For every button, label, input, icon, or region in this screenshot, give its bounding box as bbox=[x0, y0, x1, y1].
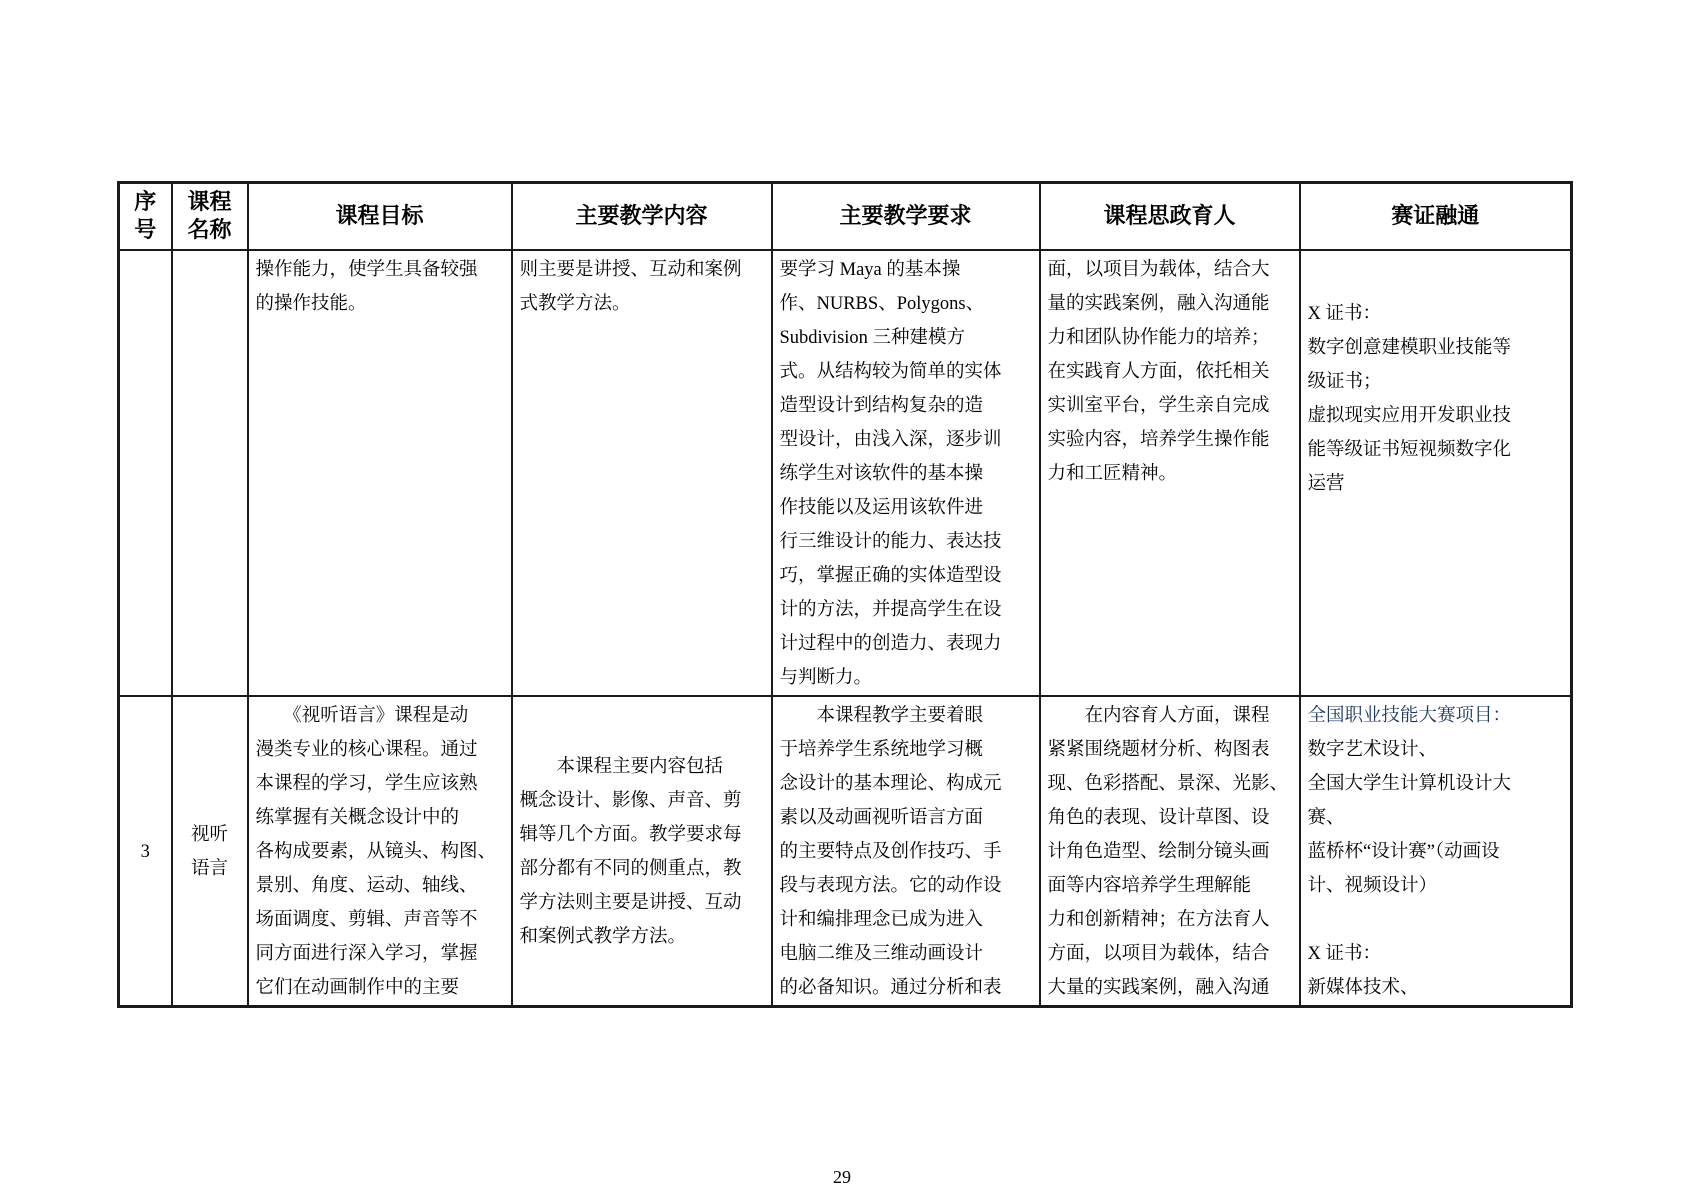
row2-course-name-text: 视听 语言 bbox=[180, 818, 240, 886]
row1-objective-text: 操作能力，使学生具备较强 的操作技能。 bbox=[256, 253, 504, 321]
row1-requirement-text: 要学习 Maya 的基本操 作、NURBS、Polygons、 Subdivis… bbox=[780, 253, 1032, 695]
table-header-row: 序 号 课程 名称 课程目标 主要教学内容 主要教学要求 课程思政育人 赛证融通 bbox=[119, 183, 1572, 250]
header-teaching-content: 主要教学内容 bbox=[512, 183, 772, 250]
cell-row2-course-name: 视听 语言 bbox=[172, 696, 248, 1007]
cell-row2-ideology: 在内容育人方面，课程 紧紧围绕题材分析、构图表 现、色彩搭配、景深、光影、 角色… bbox=[1040, 696, 1300, 1007]
row1-cert-text: X 证书： 数字创意建模职业技能等 级证书； 虚拟现实应用开发职业技 能等级证书… bbox=[1308, 297, 1564, 501]
skill-competition-link[interactable]: 全国职业技能大赛项目： bbox=[1308, 699, 1564, 733]
header-teaching-requirement: 主要教学要求 bbox=[772, 183, 1040, 250]
cell-row2-objective: 《视听语言》课程是动 漫类专业的核心课程。通过 本课程的学习，学生应该熟 练掌握… bbox=[248, 696, 512, 1007]
header-number: 序 号 bbox=[119, 183, 172, 250]
cell-row1-ideology: 面，以项目为载体，结合大 量的实践案例，融入沟通能 力和团队协作能力的培养； 在… bbox=[1040, 250, 1300, 696]
page-number: 29 bbox=[0, 1166, 1684, 1188]
cell-row1-cert: X 证书： 数字创意建模职业技能等 级证书； 虚拟现实应用开发职业技 能等级证书… bbox=[1300, 250, 1572, 696]
cell-row1-requirement: 要学习 Maya 的基本操 作、NURBS、Polygons、 Subdivis… bbox=[772, 250, 1040, 696]
table-row: 操作能力，使学生具备较强 的操作技能。 则主要是讲授、互动和案例 式教学方法。 … bbox=[119, 250, 1572, 696]
row2-ideology-text: 在内容育人方面，课程 紧紧围绕题材分析、构图表 现、色彩搭配、景深、光影、 角色… bbox=[1048, 699, 1292, 1005]
cell-row2-number: 3 bbox=[119, 696, 172, 1007]
cell-row2-cert: 全国职业技能大赛项目： 数字艺术设计、 全国大学生计算机设计大 赛、 蓝桥杯“设… bbox=[1300, 696, 1572, 1007]
table-row: 3 视听 语言 《视听语言》课程是动 漫类专业的核心课程。通过 本课程的学习，学… bbox=[119, 696, 1572, 1007]
row2-requirement-text: 本课程教学主要着眼 于培养学生系统地学习概 念设计的基本理论、构成元 素以及动画… bbox=[780, 699, 1032, 1005]
cell-row1-course-name bbox=[172, 250, 248, 696]
row2-objective-text: 《视听语言》课程是动 漫类专业的核心课程。通过 本课程的学习，学生应该熟 练掌握… bbox=[256, 699, 504, 1005]
header-course-name: 课程 名称 bbox=[172, 183, 248, 250]
cell-row1-content: 则主要是讲授、互动和案例 式教学方法。 bbox=[512, 250, 772, 696]
header-ideology-education: 课程思政育人 bbox=[1040, 183, 1300, 250]
cell-row1-number bbox=[119, 250, 172, 696]
row2-cert-text: 数字艺术设计、 全国大学生计算机设计大 赛、 蓝桥杯“设计赛”（动画设 计、视频… bbox=[1308, 733, 1564, 1005]
cell-row1-objective: 操作能力，使学生具备较强 的操作技能。 bbox=[248, 250, 512, 696]
row1-content-text: 则主要是讲授、互动和案例 式教学方法。 bbox=[520, 253, 764, 321]
cell-row2-content: 本课程主要内容包括 概念设计、影像、声音、剪 辑等几个方面。教学要求每 部分都有… bbox=[512, 696, 772, 1007]
row1-ideology-text: 面，以项目为载体，结合大 量的实践案例，融入沟通能 力和团队协作能力的培养； 在… bbox=[1048, 253, 1292, 491]
row2-content-text: 本课程主要内容包括 概念设计、影像、声音、剪 辑等几个方面。教学要求每 部分都有… bbox=[520, 750, 764, 954]
cell-row2-requirement: 本课程教学主要着眼 于培养学生系统地学习概 念设计的基本理论、构成元 素以及动画… bbox=[772, 696, 1040, 1007]
header-cert-integration: 赛证融通 bbox=[1300, 183, 1572, 250]
row2-number-text: 3 bbox=[127, 835, 164, 869]
course-table: 序 号 课程 名称 课程目标 主要教学内容 主要教学要求 课程思政育人 赛证融通… bbox=[117, 181, 1573, 1008]
header-course-objective: 课程目标 bbox=[248, 183, 512, 250]
